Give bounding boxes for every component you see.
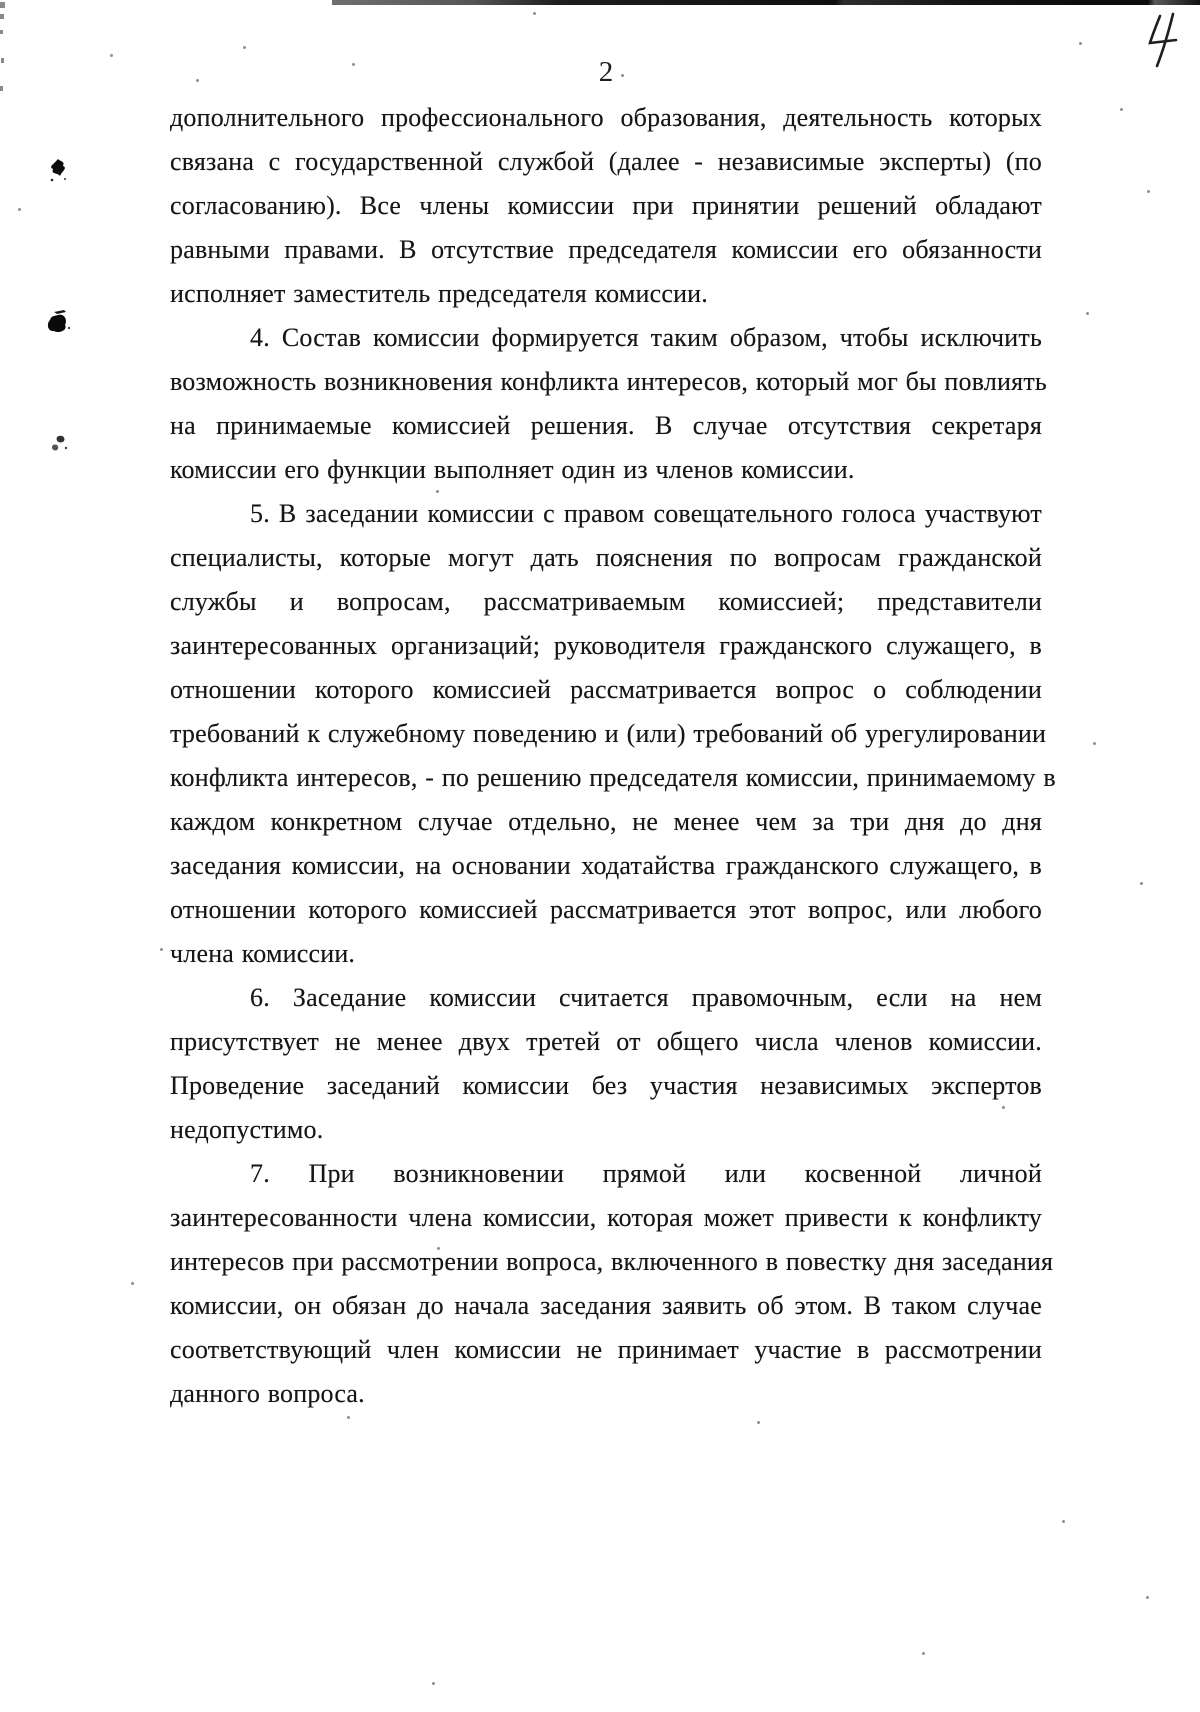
scan-speck xyxy=(1086,312,1089,315)
text-line: недопустимо. xyxy=(170,1108,1042,1152)
text-line: комиссии его функции выполняет один из ч… xyxy=(170,448,1042,492)
text-line: требований к служебному поведению и (или… xyxy=(170,712,1042,756)
scan-speck xyxy=(110,54,113,57)
document-text: дополнительного профессионального образо… xyxy=(170,96,1042,1416)
scan-speck xyxy=(1147,190,1150,193)
scan-edge-mark xyxy=(0,30,3,34)
text-line: данного вопроса. xyxy=(170,1372,1042,1416)
scan-speck xyxy=(667,1172,670,1175)
text-line: дополнительного профессионального образо… xyxy=(170,96,1042,140)
text-line: 5. В заседании комиссии с правом совещат… xyxy=(170,492,1042,536)
scan-speck xyxy=(160,948,163,951)
scan-speck xyxy=(347,1416,350,1419)
scan-edge-mark xyxy=(0,2,5,8)
scan-speck xyxy=(621,74,624,77)
scan-speck xyxy=(18,208,21,211)
scan-speck xyxy=(352,63,355,66)
text-line: равными правами. В отсутствие председате… xyxy=(170,228,1042,272)
scan-edge-mark xyxy=(0,86,3,91)
text-line: согласованию). Все члены комиссии при пр… xyxy=(170,184,1042,228)
text-line: Проведение заседаний комиссии без участи… xyxy=(170,1064,1042,1108)
scan-speck xyxy=(432,1682,435,1685)
scan-speck xyxy=(243,46,246,49)
scan-speck xyxy=(1146,1596,1149,1599)
scan-speck xyxy=(1079,42,1082,45)
scanned-document-page: 2 дополнительного профессионального обра… xyxy=(0,0,1200,1712)
text-line: конфликта интересов, - по решению предсе… xyxy=(170,756,1042,800)
scan-speck xyxy=(1002,1106,1005,1109)
text-line: специалисты, которые могут дать пояснени… xyxy=(170,536,1042,580)
scan-speck xyxy=(131,1282,134,1285)
scan-speck xyxy=(757,1421,760,1424)
text-line: 7. При возникновении прямой или косвенно… xyxy=(170,1152,1042,1196)
text-line: отношении которого комиссией рассматрива… xyxy=(170,888,1042,932)
text-line: на принимаемые комиссией решения. В случ… xyxy=(170,404,1042,448)
scan-edge-mark xyxy=(1,58,4,63)
text-line: интересов при рассмотрении вопроса, вклю… xyxy=(170,1240,1042,1284)
text-line: присутствует не менее двух третей от общ… xyxy=(170,1020,1042,1064)
ink-blot xyxy=(47,158,71,189)
scan-speck xyxy=(1062,1520,1065,1523)
ink-blot xyxy=(49,433,73,460)
scan-speck xyxy=(836,556,839,559)
text-line: заинтересованности члена комиссии, котор… xyxy=(170,1196,1042,1240)
text-line: 6. Заседание комиссии считается правомоч… xyxy=(170,976,1042,1020)
scan-speck xyxy=(1093,742,1096,745)
scan-edge-mark xyxy=(0,14,4,19)
scan-speck xyxy=(922,1652,925,1655)
text-line: заинтересованных организаций; руководите… xyxy=(170,624,1042,668)
text-line: возможность возникновения конфликта инте… xyxy=(170,360,1042,404)
text-line: службы и вопросам, рассматриваемым комис… xyxy=(170,580,1042,624)
text-line: соответствующий член комиссии не принима… xyxy=(170,1328,1042,1372)
ink-blot xyxy=(45,308,73,341)
text-line: члена комиссии. xyxy=(170,932,1042,976)
handwritten-page-number xyxy=(1143,10,1189,75)
scan-speck xyxy=(196,79,199,82)
scan-speck xyxy=(1120,108,1123,111)
scan-speck xyxy=(824,646,827,649)
text-line: комиссии, он обязан до начала заседания … xyxy=(170,1284,1042,1328)
text-line: каждом конкретном случае отдельно, не ме… xyxy=(170,800,1042,844)
scan-speck xyxy=(1140,882,1143,885)
scan-top-edge-band xyxy=(332,0,1200,5)
scan-speck xyxy=(533,12,536,15)
text-line: исполняет заместитель председателя комис… xyxy=(170,272,1042,316)
text-line: отношении которого комиссией рассматрива… xyxy=(170,668,1042,712)
scan-speck xyxy=(436,490,439,493)
scan-speck xyxy=(437,1247,440,1250)
scan-speck xyxy=(620,298,623,301)
text-line: 4. Состав комиссии формируется таким обр… xyxy=(170,316,1042,360)
text-line: заседания комиссии, на основании ходатай… xyxy=(170,844,1042,888)
text-line: связана с государственной службой (далее… xyxy=(170,140,1042,184)
page-number: 2 xyxy=(170,56,1042,89)
